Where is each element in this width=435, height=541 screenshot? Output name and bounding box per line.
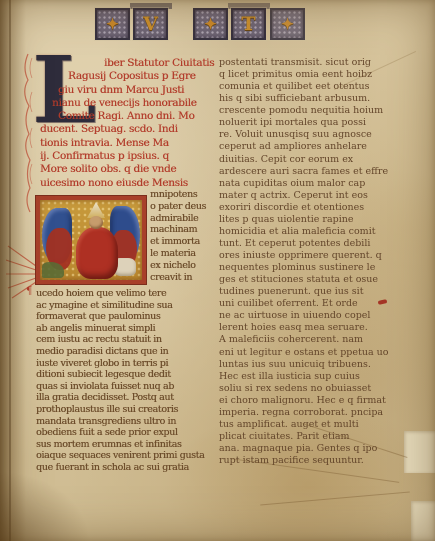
text-line: prothoplaustus ille sui creatoris xyxy=(36,404,220,416)
text-line: lites p quas uiolentie rapine xyxy=(219,214,375,226)
text-line: admirabile xyxy=(150,213,220,225)
manuscript-page: ✦ V ✦ T ✦ L iber Statutor CiuitatisRagus… xyxy=(0,0,435,541)
text-line: creavit in xyxy=(150,272,220,284)
page-edge-line xyxy=(9,0,11,541)
text-line: obediens fuit a sede prior expul xyxy=(36,427,220,439)
text-line: homicidia et alia maleficia comit xyxy=(219,226,375,238)
text-line: crescente pomodu nequitia hoium xyxy=(219,105,375,117)
text-line: rupt istam pacifice sequuntur. xyxy=(219,455,375,467)
text-line: tus amplificat. auget et multi xyxy=(219,419,375,431)
text-line: medio paradisi dictans que in xyxy=(36,346,220,358)
text-line: soliu si rex sedens no obuiasset xyxy=(219,383,375,395)
text-line: et immorta xyxy=(150,236,220,248)
text-line: ucedo hoiem que velimo tere xyxy=(36,288,220,300)
text-line: illa gratia decidisset. Postq aut xyxy=(36,392,220,404)
text-line: Ragusij Copositus p Egre xyxy=(68,70,220,83)
text-line: giu viru dnm Marcu Justi xyxy=(58,84,220,97)
text-line: nequentes plominus sustinere le xyxy=(219,262,375,274)
repair-patch xyxy=(411,501,435,541)
text-line: tionis intravia. Mense Ma xyxy=(40,137,220,150)
text-line: cem iustu ac rectu statuit in xyxy=(36,334,220,346)
left-column-body-text: ucedo hoiem que velimo tereac ymagine et… xyxy=(36,288,220,474)
band-square-letter-t: T xyxy=(231,8,266,40)
text-line: noluerit ipi mortales qua possi xyxy=(219,117,375,129)
text-line: le materia xyxy=(150,248,220,260)
right-column-text: postentati transmisit. sicut origq licet… xyxy=(219,57,375,467)
miniature-illumination xyxy=(36,196,146,284)
text-line: his q sibi sufficiebant arbusum. xyxy=(219,93,375,105)
text-line: iber Statutor Ciuitatis xyxy=(104,57,220,70)
text-line: ges et stituciones statuta et osue xyxy=(219,274,375,286)
lozenge-ornament-icon: ✦ xyxy=(281,17,294,32)
text-line: oiaque sequaces venirent primi gusta xyxy=(36,450,220,462)
lozenge-ornament-icon: ✦ xyxy=(106,17,119,32)
text-line: formaverat que paulominus xyxy=(36,311,220,323)
text-line: exoriri discordie et otentiones xyxy=(219,202,375,214)
text-line: Hec est illa iusticia sup cuius xyxy=(219,371,375,383)
text-line: uicesimo nono eiusde Mensis xyxy=(40,177,220,190)
text-line: ditioni subiecit legesque dedit xyxy=(36,369,220,381)
text-line: luntas ius suu unicuiq tribuens. xyxy=(219,359,375,371)
text-line: q licet primitus omia eent hoibz xyxy=(219,69,375,81)
text-line: ana. magnaque pia. Gentes q ipo xyxy=(219,443,375,455)
text-line: More solito obs. q die vnde xyxy=(40,163,220,176)
red-margin-mark xyxy=(378,299,388,305)
text-line: mnipotens xyxy=(150,189,220,201)
text-line: nata cupiditas oium malor cap xyxy=(219,178,375,190)
lozenge-ornament-icon: ✦ xyxy=(204,17,217,32)
text-line: o pater deus xyxy=(150,201,220,213)
text-line: ardescere auri sacra fames et effre xyxy=(219,166,375,178)
text-line: ac ymagine et similitudine sua xyxy=(36,300,220,312)
text-line: plicat ciuitates. Parit etiam xyxy=(219,431,375,443)
text-line: ei choro malignoru. Hec e q firmat xyxy=(219,395,375,407)
text-line: A maleficiis cohercerent. nam xyxy=(219,334,375,346)
text-line: tunt. Et ceperut potentes debili xyxy=(219,238,375,250)
text-line: tudines puenerunt. que ius sit xyxy=(219,286,375,298)
text-line: machinam xyxy=(150,224,220,236)
text-line: ducent. Septuag. scdo. Indi xyxy=(40,123,220,136)
text-line: ex nichelo xyxy=(150,260,220,272)
paragraph-mark: ¶ xyxy=(26,286,32,297)
band-square-ornament: ✦ xyxy=(193,8,228,40)
text-line: lerent hoies easq mea seruare. xyxy=(219,322,375,334)
left-column-side-text: mnipotenso pater deusadmirabilemachiname… xyxy=(150,189,220,283)
text-line: ores iniuste opprimere querent. q xyxy=(219,250,375,262)
figure-head xyxy=(89,216,103,229)
text-line: ceperut ad ampliores anhelare xyxy=(219,141,375,153)
text-line: comunia et quilibet eet otentus xyxy=(219,81,375,93)
band-square-ornament: ✦ xyxy=(270,8,305,40)
text-line: sus mortem erumnas et infinitas xyxy=(36,439,220,451)
text-line: mater q actrix. Ceperut int eos xyxy=(219,190,375,202)
gold-letter: T xyxy=(241,15,255,34)
figure-red-robe xyxy=(76,227,118,279)
green-ground-patch xyxy=(42,262,64,278)
text-line: iuste viveret globo in terris pi xyxy=(36,358,220,370)
band-square-letter-v: V xyxy=(133,8,168,40)
text-line: eni ut legitur e ostans et ppetua uo xyxy=(219,347,375,359)
band-square-ornament: ✦ xyxy=(95,8,130,40)
text-line: Comite Ragi. Anno dni. Mo xyxy=(58,110,220,123)
text-line: ab angelis minuerat simpli xyxy=(36,323,220,335)
text-line: quas si inviolata fuisset nuq ab xyxy=(36,381,220,393)
repair-patch xyxy=(404,431,435,473)
corner-shadow xyxy=(0,471,90,541)
text-line: diuitias. Cepit cor eorum ex xyxy=(219,154,375,166)
text-line: ij. Confirmatus p ipsius. q xyxy=(40,150,220,163)
text-line: mandata transgrediens ultro in xyxy=(36,416,220,428)
text-line: imperia. regna corroborat. pncipa xyxy=(219,407,375,419)
text-line: ne ac uirtuose in uiuendo copel xyxy=(219,310,375,322)
text-line: re. Voluit unusqisq suu agnosce xyxy=(219,129,375,141)
book-gutter-edge xyxy=(0,0,26,541)
text-line: postentati transmisit. sicut orig xyxy=(219,57,375,69)
text-line: uni cuilibet oferrent. Et orde xyxy=(219,298,375,310)
text-line: nianu de venecijs honorabile xyxy=(52,97,220,110)
gold-letter: V xyxy=(143,15,158,34)
rubric-text: iber Statutor CiuitatisRagusij Copositus… xyxy=(40,57,220,190)
